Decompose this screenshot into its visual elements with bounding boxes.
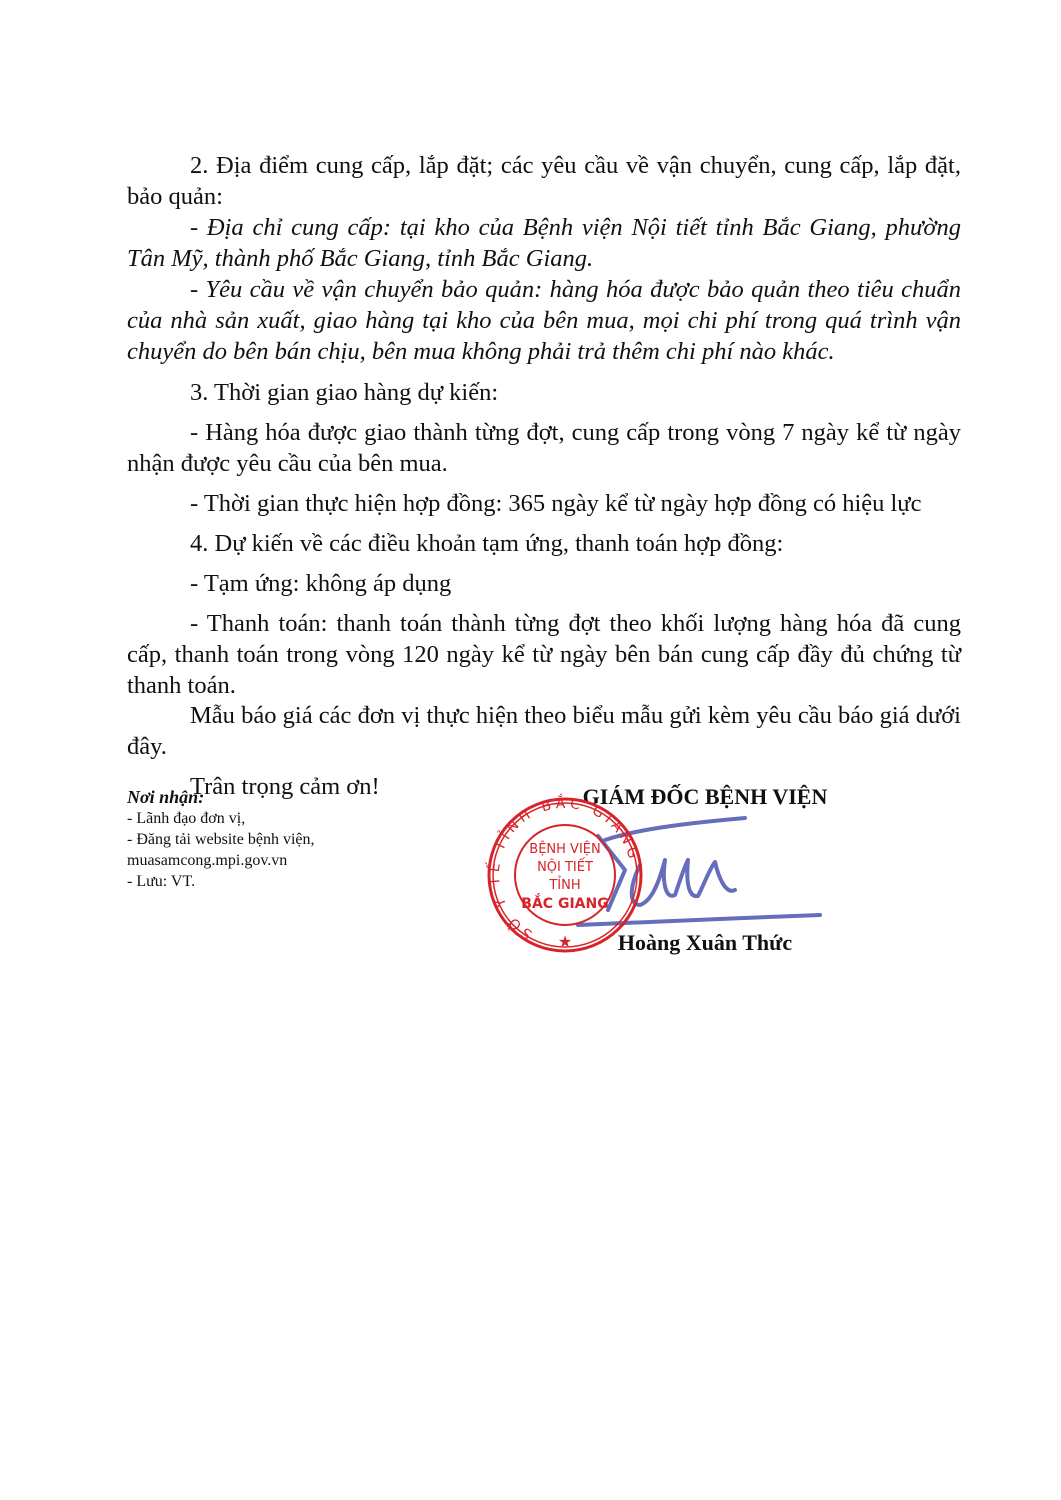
paragraph-delivery-time-heading: 3. Thời gian giao hàng dự kiến: [127,377,961,408]
paragraph-delivery-address: - Địa chỉ cung cấp: tại kho của Bệnh việ… [127,212,961,274]
paragraph-transport-requirements: - Yêu cầu về vận chuyển bảo quản: hàng h… [127,274,961,367]
recipient-line: - Lưu: VT. [127,871,315,892]
recipient-line: - Lãnh đạo đơn vị, [127,808,315,829]
paragraph-payment-terms-heading: 4. Dự kiến về các điều khoản tạm ứng, th… [127,528,961,559]
recipients-title: Nơi nhận: [127,787,315,808]
paragraph-advance-payment: - Tạm ứng: không áp dụng [127,568,961,599]
paragraph-delivery-location-heading: 2. Địa điểm cung cấp, lắp đặt; các yêu c… [127,150,961,212]
stamp-inner-line: NỘI TIẾT [537,858,593,875]
stamp-inner-line: BỆNH VIỆN [529,841,600,857]
stamp-inner-line: BẮC GIANG [521,893,608,912]
recipient-line: - Đăng tải website bệnh viện, [127,829,315,850]
paragraph-quotation-template: Mẫu báo giá các đơn vị thực hiện theo bi… [127,700,961,762]
paragraph-contract-duration: - Thời gian thực hiện hợp đồng: 365 ngày… [127,488,961,519]
paragraph-delivery-schedule: - Hàng hóa được giao thành từng đợt, cun… [127,417,961,479]
stamp-inner-line: TỈNH [548,876,580,893]
official-stamp: SỞ Y TẾ TỈNH BẮC GIANG BỆNH VIỆN NỘI TIẾ… [485,787,645,967]
recipients-block: Nơi nhận: - Lãnh đạo đơn vị, - Đăng tải … [127,787,315,892]
document-page: 2. Địa điểm cung cấp, lắp đặt; các yêu c… [0,0,1061,1500]
recipient-line: muasamcong.mpi.gov.vn [127,850,315,871]
paragraph-payment: - Thanh toán: thanh toán thành từng đợt … [127,608,961,701]
star-icon: ★ [558,932,572,951]
